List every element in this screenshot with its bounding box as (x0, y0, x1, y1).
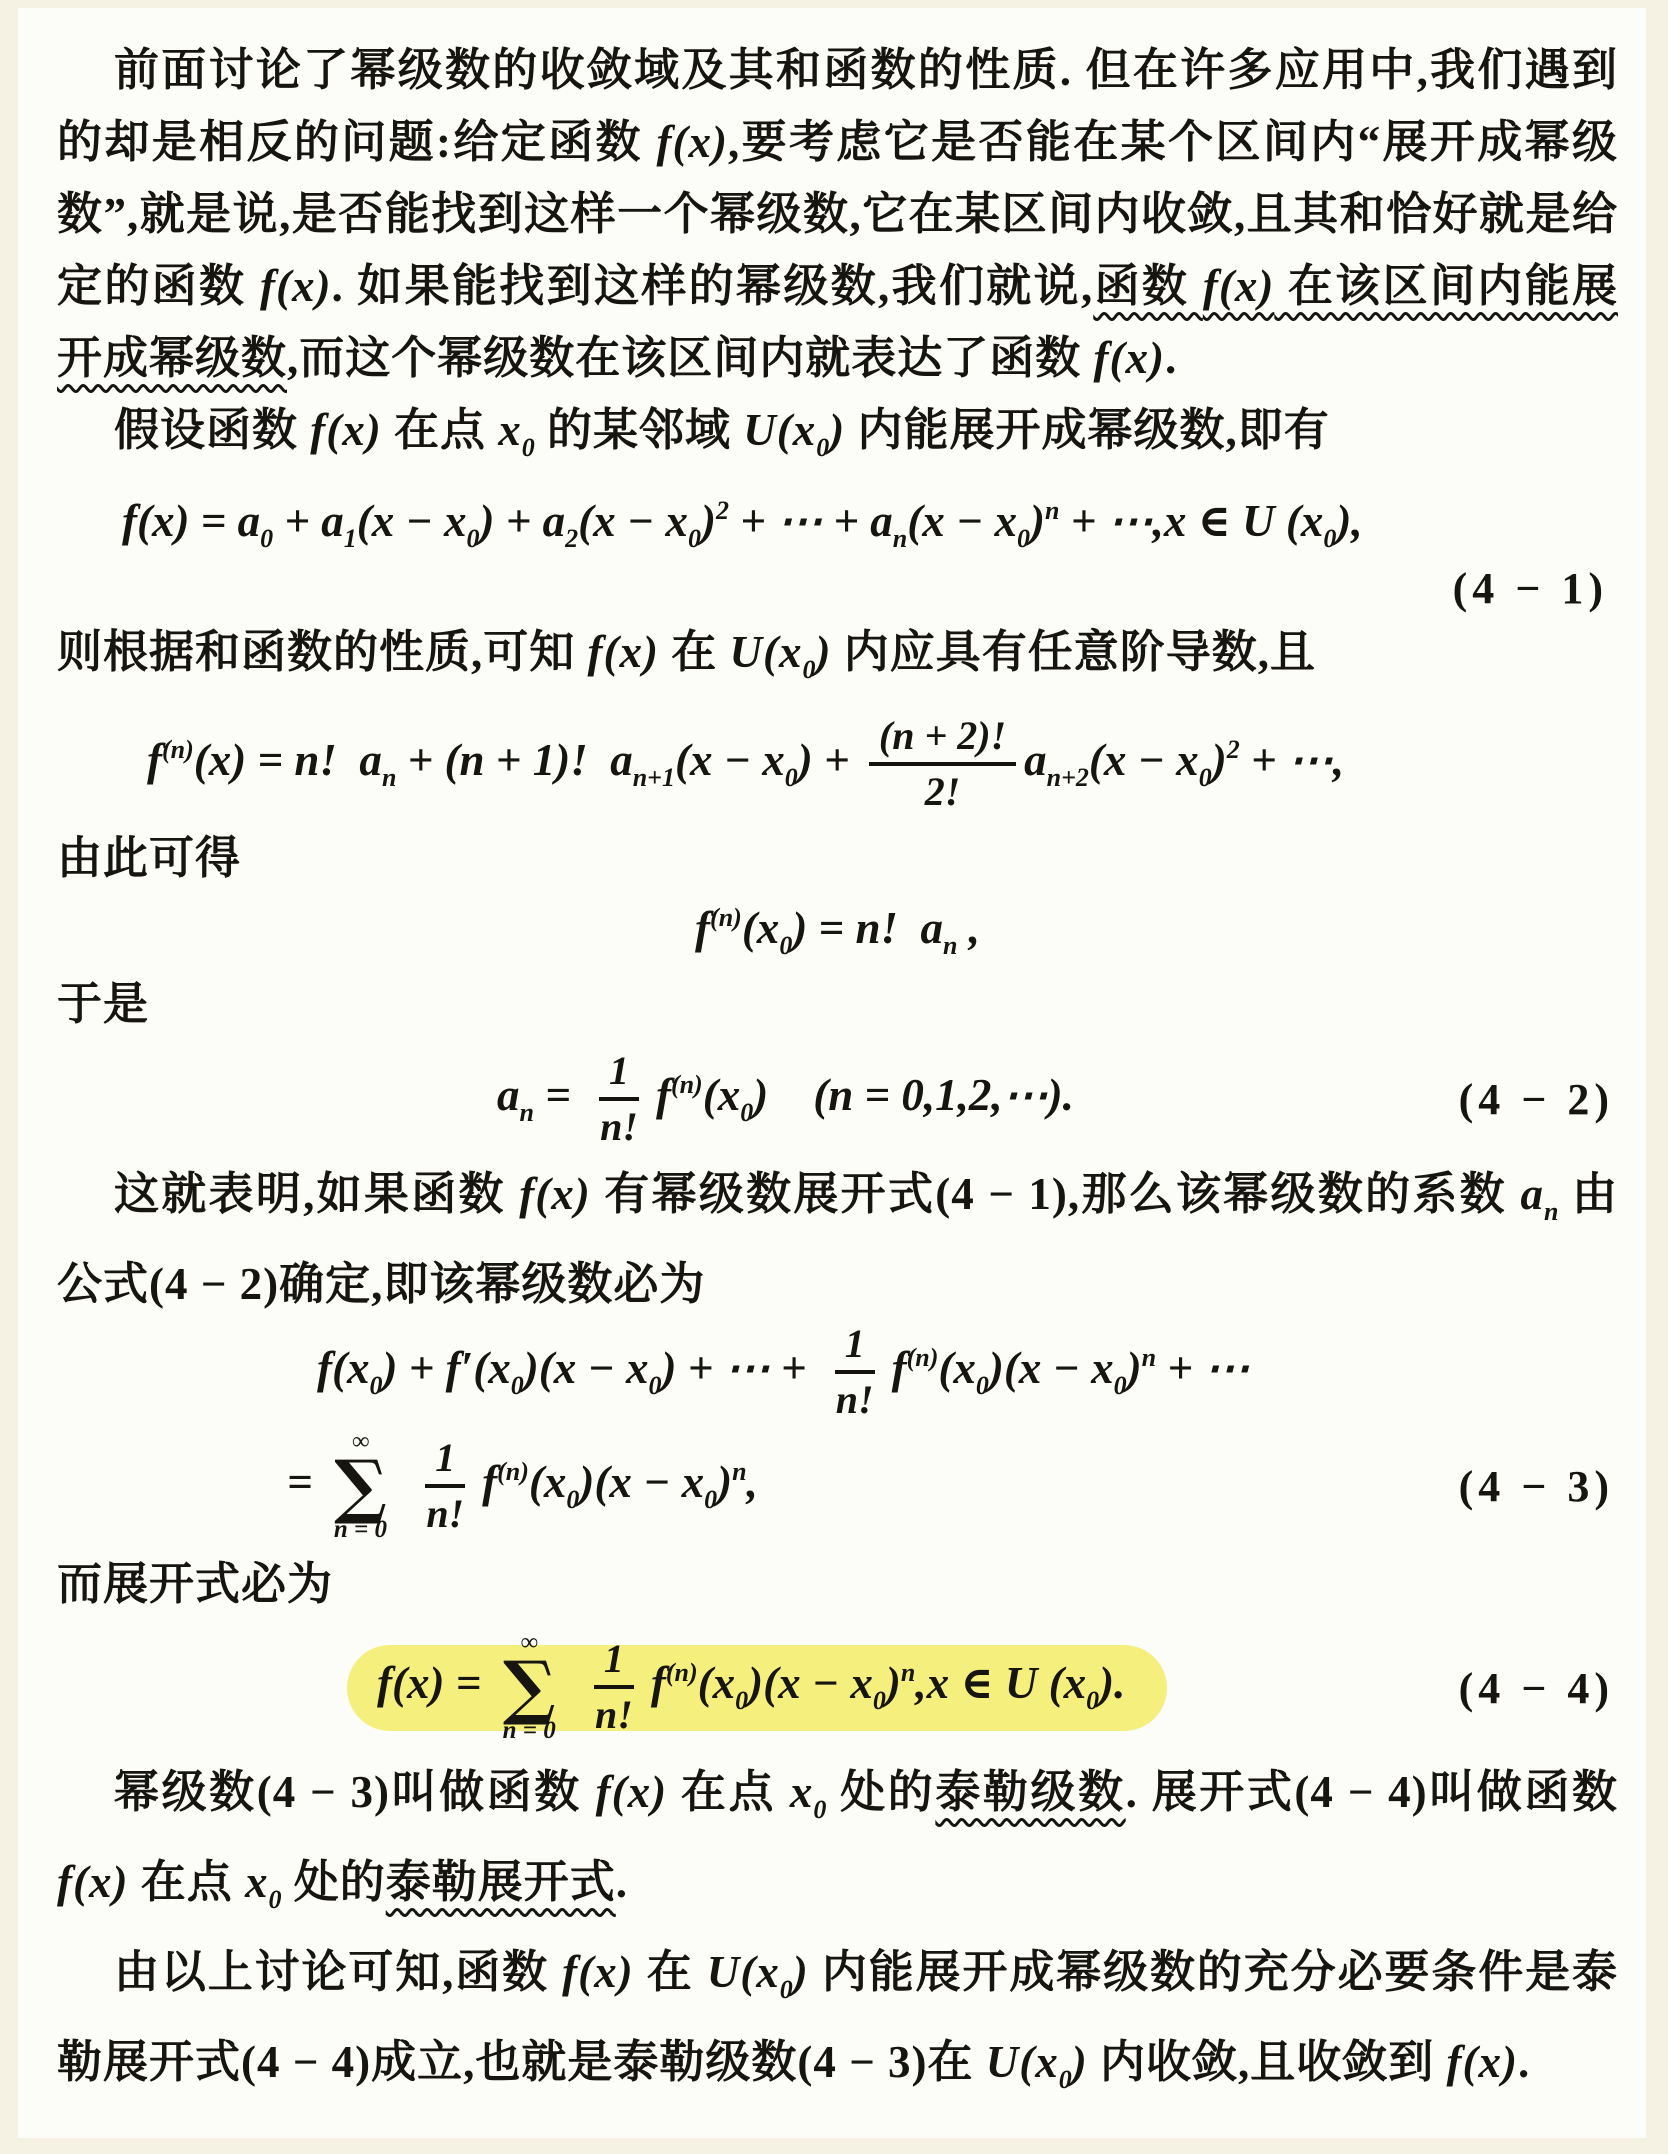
math-run: ) + ⋯ + (662, 1343, 818, 1393)
equation-expansion-expanded: f(x0) + f′(x0)(x − x0) + ⋯ + 1n!f(n)(x0)… (57, 1320, 1618, 1424)
summation-lower-limit: n = 0 (503, 1718, 556, 1744)
text-run: . (616, 1857, 628, 1907)
text-run: 泰勒展开式 (386, 1857, 616, 1907)
text-run: . (1518, 2037, 1530, 2087)
denominator: n! (590, 1101, 648, 1149)
math-run: x (498, 405, 522, 455)
subscript: n (943, 931, 957, 960)
numerator: (n + 2)! (869, 714, 1016, 766)
summation: ∞∑n = 0 (503, 1630, 556, 1744)
summation: ∞∑n = 0 (334, 1429, 387, 1543)
paragraph-derivative-property: 则根据和函数的性质,可知 f(x) 在 U(x0) 内应具有任意阶导数,且 (57, 616, 1618, 706)
text-run: 处的 (281, 1857, 385, 1907)
subscript: 0 (780, 1975, 793, 2004)
textbook-page: 前面讨论了幂级数的收敛域及其和函数的性质. 但在许多应用中,我们遇到的却是相反的… (18, 8, 1646, 2138)
text-run: 由以上讨论可知,函数 (114, 1947, 562, 1997)
text-run: 由此可得 (57, 833, 241, 883)
subscript: 0 (813, 1795, 826, 1824)
equation-number: (4 − 1) (1453, 564, 1608, 613)
subscript: 0 (816, 433, 829, 462)
wavy-underlined-text: 泰勒展开式 (386, 1857, 616, 1907)
equation-number: (4 − 4) (1459, 1663, 1618, 1714)
math-run: ) (793, 1947, 809, 1997)
math-run: f(x) (310, 405, 381, 455)
text-run: 处的 (826, 1767, 935, 1817)
subscript: n (893, 524, 907, 553)
subscript: 0 (649, 1371, 662, 1400)
subscript: 2 (565, 524, 578, 553)
subscript: 0 (688, 524, 701, 553)
text-run: 在点 (128, 1857, 245, 1907)
math-run: ) (886, 1658, 901, 1708)
paragraph-from-this: 由此可得 (57, 822, 1618, 894)
subscript: 0 (740, 1098, 753, 1127)
math-run (397, 1457, 408, 1507)
text-run: . 展开式(4 − 4)叫做函数 (1126, 1767, 1618, 1817)
math-run: x (245, 1857, 269, 1907)
equation-4-1: f(x) = a0 + a1(x − x0) + a2(x − x0)2 + ⋯… (57, 484, 1618, 564)
math-run: ) (1072, 2037, 1088, 2087)
denominator: n! (826, 1374, 884, 1422)
math-run: + (n + 1)! a (396, 735, 632, 785)
equation-expansion-expanded-body: f(x0) + f′(x0)(x − x0) + ⋯ + 1n!f(n)(x0)… (317, 1338, 1249, 1407)
math-run: + a (273, 496, 344, 546)
math-run: f(x) = a (122, 496, 260, 546)
text-run: 内能展开成幂级数,即有 (845, 405, 1330, 455)
subscript: n (520, 1098, 534, 1127)
subscript: 0 (1199, 763, 1212, 792)
text-run: 在点 (382, 405, 499, 455)
math-run: ) = n! a (792, 903, 943, 953)
math-run: f(x (317, 1343, 369, 1393)
equation-4-2-body: an = 1n!f(n)(x0) (n = 0,1,2,⋯). (497, 1065, 1074, 1134)
subscript: 0 (1323, 524, 1336, 553)
math-run: f (656, 1070, 671, 1120)
math-run: ) (701, 496, 716, 546)
subscript: n (382, 763, 396, 792)
numerator: 1 (425, 1436, 465, 1488)
math-run: x (790, 1767, 814, 1817)
text-run: . 如果能找到这样的幂级数,我们就说, (331, 261, 1093, 311)
text-run: 于是 (57, 979, 149, 1029)
math-run: = (534, 1070, 582, 1120)
math-run: U(x (986, 2037, 1059, 2087)
math-run: f(x) (562, 1947, 633, 1997)
subscript: 0 (779, 931, 792, 960)
math-run: (x − x (907, 496, 1017, 546)
paragraph-expansion-must-be: 而展开式必为 (57, 1548, 1618, 1620)
text-run: 内收敛,且收敛到 (1088, 2037, 1447, 2087)
text-run: 函数 (1093, 261, 1203, 311)
text-run: 则根据和函数的性质,可知 (57, 627, 588, 677)
subscript: 1 (344, 524, 357, 553)
subscript: n+2 (1047, 763, 1089, 792)
subscript: 0 (522, 433, 535, 462)
text-run: 在 (634, 1947, 707, 1997)
math-run: + ⋯ + a (729, 496, 893, 546)
text-run: 在 (659, 627, 730, 677)
math-run: (x (529, 1457, 567, 1507)
paragraph-taylor-definition: 幂级数(4 − 3)叫做函数 f(x) 在点 x0 处的泰勒级数. 展开式(4 … (57, 1756, 1618, 1936)
equation-fn-at-x0-body: f(n)(x0) = n! an , (695, 898, 980, 963)
subscript: 0 (467, 524, 480, 553)
subscript: 0 (873, 1686, 886, 1715)
fraction: (n + 2)!2! (869, 714, 1016, 814)
math-run: ,x ∈ U (x (915, 1658, 1086, 1708)
math-run: ) (1030, 496, 1045, 546)
superscript: 2 (716, 496, 729, 525)
math-run: a (1520, 1169, 1544, 1219)
superscript: n (1045, 496, 1059, 525)
paragraph-thus: 于是 (57, 968, 1618, 1040)
equation-number: (4 − 2) (1459, 1074, 1618, 1125)
math-run: f (892, 1343, 907, 1393)
summation-lower-limit: n = 0 (334, 1517, 387, 1543)
numerator: 1 (594, 1637, 634, 1689)
equation-fn-at-x0: f(n)(x0) = n! an , (57, 894, 1618, 968)
math-run: , (957, 903, 980, 953)
text-run: ,而这个幂级数在该区间内就表达了函数 (287, 333, 1094, 383)
text-run: 幂级数(4 − 3)叫做函数 (114, 1767, 596, 1817)
subscript: 0 (1059, 2065, 1072, 2094)
fraction: 1n! (585, 1637, 643, 1737)
math-run: ) + a (480, 496, 566, 546)
math-run: (x (703, 1070, 741, 1120)
text-run: 在点 (667, 1767, 790, 1817)
math-run: (x (698, 1658, 736, 1708)
numerator: 1 (835, 1322, 875, 1374)
math-run: U(x (743, 405, 816, 455)
superscript: n (732, 1457, 746, 1486)
paragraph-conclusion: 由以上讨论可知,函数 f(x) 在 U(x0) 内能展开成幂级数的充分必要条件是… (57, 1936, 1618, 2116)
math-run: f (651, 1658, 666, 1708)
subscript: 0 (1086, 1686, 1099, 1715)
subscript: 0 (369, 1371, 382, 1400)
subscript: 0 (268, 1885, 281, 1914)
paragraph-intro: 前面讨论了幂级数的收敛域及其和函数的性质. 但在许多应用中,我们遇到的却是相反的… (57, 34, 1618, 394)
math-run: (x − x (357, 496, 467, 546)
superscript: n (1142, 1343, 1156, 1372)
subscript: 0 (704, 1485, 717, 1514)
equation-4-2: an = 1n!f(n)(x0) (n = 0,1,2,⋯). (4 − 2) (57, 1040, 1618, 1158)
fraction: 1n! (826, 1322, 884, 1422)
superscript: (n) (497, 1457, 529, 1486)
equation-4-3-body: = ∞∑n = 0 1n!f(n)(x0)(x − x0)n, (287, 1452, 758, 1521)
math-run: a (1024, 735, 1047, 785)
numerator: 1 (599, 1049, 639, 1101)
subscript: 0 (785, 763, 798, 792)
math-run: f(x) (57, 1857, 128, 1907)
superscript: (n) (710, 903, 742, 932)
superscript: (n) (162, 735, 194, 764)
math-run: (x (742, 903, 780, 953)
math-run: ) (717, 1457, 732, 1507)
equation-4-3: = ∞∑n = 0 1n!f(n)(x0)(x − x0)n, (4 − 3) (57, 1424, 1618, 1548)
subscript: 0 (260, 524, 273, 553)
math-run: U(x (707, 1947, 780, 1997)
subscript: 0 (566, 1485, 579, 1514)
superscript: 2 (1227, 735, 1240, 764)
math-run: + ⋯, (1240, 735, 1344, 785)
denominator: n! (416, 1488, 474, 1536)
subscript: 0 (511, 1371, 524, 1400)
subscript: n+1 (633, 763, 675, 792)
equation-nth-derivative: f(n)(x) = n! an + (n + 1)! an+1(x − x0) … (57, 706, 1618, 822)
math-run: f(x) (1203, 261, 1274, 311)
math-run: f(x) (588, 627, 659, 677)
equation-nth-derivative-body: f(n)(x) = n! an + (n + 1)! an+1(x − x0) … (147, 730, 1344, 799)
paragraph-assumption: 假设函数 f(x) 在点 x0 的某邻域 U(x0) 内能展开成幂级数,即有 (57, 394, 1618, 484)
math-run: f(x) (596, 1767, 667, 1817)
math-run: U(x (730, 627, 803, 677)
text-run: 内应具有任意阶导数,且 (831, 627, 1316, 677)
superscript: n (901, 1658, 915, 1687)
equation-number: (4 − 3) (1459, 1461, 1618, 1512)
text-run: 假设函数 (114, 405, 310, 455)
math-run: + ⋯ (1156, 1343, 1249, 1393)
math-run: ) + f′(x (382, 1343, 510, 1393)
equation-4-1-body: f(x) = a0 + a1(x − x0) + a2(x − x0)2 + ⋯… (122, 491, 1363, 556)
math-run: f(x) (519, 1169, 590, 1219)
math-run: f(x) (1446, 2037, 1517, 2087)
superscript: (n) (907, 1343, 939, 1372)
text-run: . (1165, 333, 1177, 383)
math-run: f (482, 1457, 497, 1507)
math-run: ). (1099, 1658, 1125, 1708)
fraction: 1n! (590, 1049, 648, 1149)
fraction: 1n! (416, 1436, 474, 1536)
subscript: 0 (802, 655, 815, 684)
equation-4-1-label: (4 − 1) (57, 564, 1618, 616)
math-run: ) (n = 0,1,2,⋯). (753, 1070, 1074, 1120)
equation-4-4: f(x) = ∞∑n = 0 1n!f(n)(x0)(x − x0)n,x ∈ … (57, 1620, 1618, 1756)
math-run: f (695, 903, 710, 953)
subscript: 0 (976, 1371, 989, 1400)
math-run: f(x) = (377, 1658, 493, 1708)
subscript: n (1544, 1197, 1558, 1226)
math-run: (x − x (578, 496, 688, 546)
math-run: ), (1336, 496, 1362, 546)
math-run: f(x) (657, 117, 728, 167)
paragraph-coefficients: 这就表明,如果函数 f(x) 有幂级数展开式(4 − 1),那么该幂级数的系数 … (57, 1158, 1618, 1320)
math-run: )(x − x (989, 1343, 1114, 1393)
highlight-marker: f(x) = ∞∑n = 0 1n!f(n)(x0)(x − x0)n,x ∈ … (347, 1645, 1167, 1732)
math-run: )(x − x (579, 1457, 704, 1507)
sigma-symbol: ∑ (334, 1455, 387, 1517)
math-run: ) (1127, 1343, 1142, 1393)
math-run: ) + (798, 735, 861, 785)
subscript: 0 (1114, 1371, 1127, 1400)
wavy-underlined-text: 泰勒级数 (935, 1767, 1125, 1817)
denominator: n! (585, 1689, 643, 1737)
math-run: , (747, 1457, 758, 1507)
sigma-symbol: ∑ (503, 1656, 556, 1718)
math-run: )(x − x (748, 1658, 873, 1708)
math-run: a (497, 1070, 520, 1120)
superscript: (n) (671, 1070, 703, 1099)
page-background: 前面讨论了幂级数的收敛域及其和函数的性质. 但在许多应用中,我们遇到的却是相反的… (0, 0, 1668, 2154)
subscript: 0 (735, 1686, 748, 1715)
subscript: 0 (1017, 524, 1030, 553)
text-run: 的某邻域 (535, 405, 744, 455)
math-run: ) (1212, 735, 1227, 785)
math-run: f(x) (1094, 333, 1165, 383)
text-run: 而展开式必为 (57, 1559, 333, 1609)
math-run: (x (938, 1343, 976, 1393)
superscript: (n) (666, 1658, 698, 1687)
math-run (566, 1658, 577, 1708)
text-run: 泰勒级数 (935, 1767, 1125, 1817)
math-run: = (287, 1457, 324, 1507)
math-run: ) (815, 627, 831, 677)
text-run: 有幂级数展开式(4 − 1),那么该幂级数的系数 (591, 1169, 1521, 1219)
math-run: (x) = n! a (194, 735, 382, 785)
math-run: (x − x (1089, 735, 1199, 785)
math-run: (x − x (675, 735, 785, 785)
math-run: f (147, 735, 162, 785)
math-run: + ⋯,x ∈ U (x (1059, 496, 1323, 546)
denominator: 2! (915, 766, 971, 814)
math-run: ) (829, 405, 845, 455)
math-run: f(x) (260, 261, 331, 311)
math-run: )(x − x (524, 1343, 649, 1393)
text-run: 这就表明,如果函数 (114, 1169, 519, 1219)
